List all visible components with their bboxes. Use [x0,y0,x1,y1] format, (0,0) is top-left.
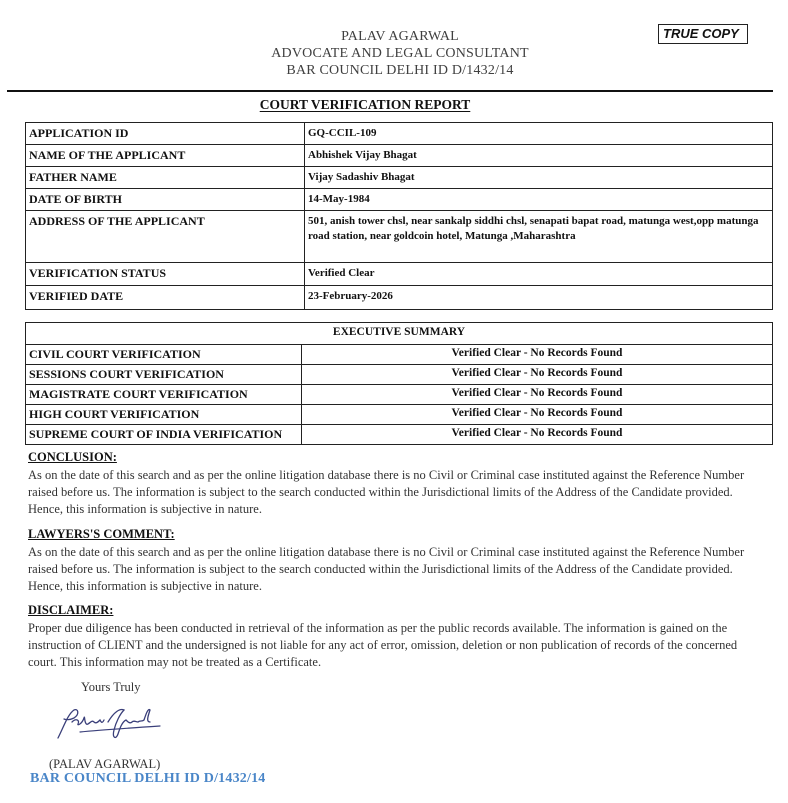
summary-title: EXECUTIVE SUMMARY [26,323,773,345]
detail-value: 23-February-2026 [305,286,773,310]
table-row: DATE OF BIRTH 14-May-1984 [26,189,773,211]
table-row: VERIFIED DATE 23-February-2026 [26,286,773,310]
detail-label: VERIFIED DATE [26,286,305,310]
disclaimer-text: Proper due diligence has been conducted … [28,620,768,671]
detail-label: VERIFICATION STATUS [26,263,305,286]
conclusion-text: As on the date of this search and as per… [28,467,768,518]
table-row: HIGH COURT VERIFICATION Verified Clear -… [26,405,773,425]
conclusion-heading: CONCLUSION: [28,449,768,466]
summary-value: Verified Clear - No Records Found [302,425,773,445]
summary-header-row: EXECUTIVE SUMMARY [26,323,773,345]
detail-label: APPLICATION ID [26,123,305,145]
disclaimer-heading: DISCLAIMER: [28,602,768,619]
summary-label: HIGH COURT VERIFICATION [26,405,302,425]
detail-value: Verified Clear [305,263,773,286]
disclaimer-section: DISCLAIMER: Proper due diligence has bee… [28,602,768,671]
summary-label: SUPREME COURT OF INDIA VERIFICATION [26,425,302,445]
table-row: NAME OF THE APPLICANT Abhishek Vijay Bha… [26,145,773,167]
detail-value: Vijay Sadashiv Bhagat [305,167,773,189]
closing-text: Yours Truly [81,680,141,695]
detail-value: GQ-CCIL-109 [305,123,773,145]
summary-label: CIVIL COURT VERIFICATION [26,345,302,365]
table-row: APPLICATION ID GQ-CCIL-109 [26,123,773,145]
summary-value: Verified Clear - No Records Found [302,385,773,405]
table-row: SUPREME COURT OF INDIA VERIFICATION Veri… [26,425,773,445]
summary-value: Verified Clear - No Records Found [302,405,773,425]
conclusion-section: CONCLUSION: As on the date of this searc… [28,449,768,518]
detail-value: 14-May-1984 [305,189,773,211]
true-copy-stamp: TRUE COPY [658,24,748,44]
table-row: SESSIONS COURT VERIFICATION Verified Cle… [26,365,773,385]
header-divider [7,90,773,92]
table-row: ADDRESS OF THE APPLICANT 501, anish towe… [26,211,773,263]
executive-summary-table: EXECUTIVE SUMMARY CIVIL COURT VERIFICATI… [25,322,773,445]
detail-value: Abhishek Vijay Bhagat [305,145,773,167]
lawyers-comment-heading: LAWYERS'S COMMENT: [28,526,768,543]
summary-label: SESSIONS COURT VERIFICATION [26,365,302,385]
table-row: MAGISTRATE COURT VERIFICATION Verified C… [26,385,773,405]
table-row: FATHER NAME Vijay Sadashiv Bhagat [26,167,773,189]
signature-icon [50,700,170,748]
summary-value: Verified Clear - No Records Found [302,345,773,365]
detail-label: NAME OF THE APPLICANT [26,145,305,167]
summary-label: MAGISTRATE COURT VERIFICATION [26,385,302,405]
letterhead: PALAV AGARWAL ADVOCATE AND LEGAL CONSULT… [200,28,600,79]
table-row: VERIFICATION STATUS Verified Clear [26,263,773,286]
table-row: CIVIL COURT VERIFICATION Verified Clear … [26,345,773,365]
detail-value: 501, anish tower chsl, near sankalp sidd… [305,211,773,263]
advocate-designation: ADVOCATE AND LEGAL CONSULTANT [200,45,600,62]
summary-value: Verified Clear - No Records Found [302,365,773,385]
advocate-bar-id: BAR COUNCIL DELHI ID D/1432/14 [200,62,600,79]
lawyers-comment-text: As on the date of this search and as per… [28,544,768,595]
detail-label: FATHER NAME [26,167,305,189]
detail-label: DATE OF BIRTH [26,189,305,211]
report-title: COURT VERIFICATION REPORT [0,97,730,113]
signatory-bar-id: BAR COUNCIL DELHI ID D/1432/14 [30,771,265,787]
lawyers-comment-section: LAWYERS'S COMMENT: As on the date of thi… [28,526,768,595]
advocate-name: PALAV AGARWAL [200,28,600,45]
applicant-details-table: APPLICATION ID GQ-CCIL-109 NAME OF THE A… [25,122,773,310]
signatory-name: (PALAV AGARWAL) [49,757,160,772]
detail-label: ADDRESS OF THE APPLICANT [26,211,305,263]
